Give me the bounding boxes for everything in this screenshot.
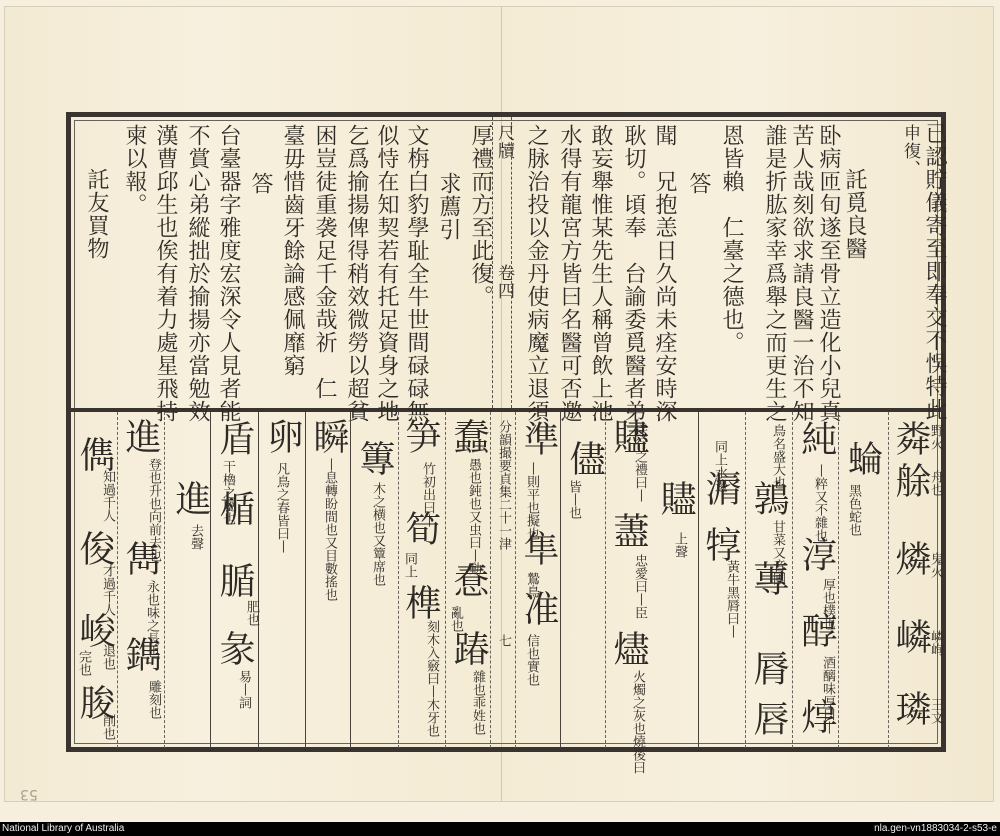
head-character: 踳 <box>448 630 488 667</box>
gloss: 愚也鈍也又虫曰丨動 <box>466 458 480 575</box>
text-column: 恩皆賴 仁臺之德也。 <box>717 124 745 354</box>
text-column: 之脉治投以金丹使病魔立退須 <box>522 124 550 423</box>
gloss: 甘菜又音團 <box>770 520 784 585</box>
gloss: 退也 <box>100 644 114 670</box>
gloss: 黃牛黑脣曰丨 <box>724 560 738 638</box>
footer-bar: National Library of Australia nla.gen-vn… <box>0 822 1000 836</box>
gloss: 雕刻也 <box>146 680 160 719</box>
lower-center-title: 分韻撮要貞集二十一津 <box>496 420 510 550</box>
gloss: 上聲 <box>672 532 686 558</box>
head-character: 純 <box>796 420 836 457</box>
head-character: 蜦 <box>842 440 882 477</box>
head-character: 惷 <box>448 562 488 599</box>
head-character: 燐 <box>890 540 930 577</box>
text-column: 柬以報。 <box>120 124 148 216</box>
section-heading: 託覓良醫 <box>840 168 868 260</box>
footer-source: National Library of Australia <box>2 822 124 836</box>
head-character: 醇 <box>796 612 836 649</box>
gloss: 皆丨也 <box>566 480 580 519</box>
column-rule <box>445 412 446 748</box>
head-character: 盾 <box>214 420 254 457</box>
text-column: 苦人哉刻欲求請良醫一治不知 <box>787 124 815 423</box>
head-character: 脣 <box>748 650 788 687</box>
gloss: 凡鳥之春皆曰丨 <box>274 462 288 553</box>
head-character: 焞 <box>796 698 836 735</box>
text-column: 臺毋惜齒牙餘論感佩靡窮 <box>278 124 306 377</box>
gloss: 嶙峋 <box>928 630 942 656</box>
gloss: 信也實也 <box>524 634 538 686</box>
text-column: 申復、 <box>900 124 920 178</box>
head-character: 准 <box>518 590 558 627</box>
column-rule <box>398 412 399 748</box>
head-character: 榫 <box>400 584 440 621</box>
head-character: 艅 <box>890 462 930 499</box>
head-character: 儁 <box>74 436 114 473</box>
head-character: 藎 <box>608 512 648 549</box>
column-rule <box>605 412 606 748</box>
text-column: 漢曹邱生也俟有着力處星飛持 <box>151 124 179 423</box>
column-rule <box>350 412 351 748</box>
lower-page-number: 七 <box>496 634 510 647</box>
head-character: 蠢 <box>448 418 488 455</box>
gloss: 去聲 <box>188 524 202 550</box>
head-character: 雋 <box>120 540 160 577</box>
head-character: 淳 <box>796 536 836 573</box>
column-rule <box>164 412 165 748</box>
text-column: 卧病匝旬遂至骨立造化小兒真 <box>814 124 842 423</box>
head-character: 儘 <box>564 440 604 477</box>
text-column: 耿切。頃奉 台諭委覓醫者弟不 <box>619 124 647 446</box>
footer-identifier: nla.gen-vn1883034-2-s53-e <box>874 822 997 836</box>
gloss: 肥也 <box>244 600 258 626</box>
text-column: 乞爲揄揚俾得稍效微勞以超貧 <box>342 124 370 423</box>
page-number-stamp: 53 <box>20 786 38 802</box>
gloss: 知過千人 <box>100 470 114 522</box>
head-character: 笋 <box>400 418 440 455</box>
text-column: 文栴白豹學耻全牛世間碌碌無 <box>402 124 430 423</box>
gloss: 雜也乖姓也 <box>470 670 484 735</box>
column-rule <box>745 412 746 748</box>
gloss: 舟也 <box>928 470 942 496</box>
column-rule <box>838 412 839 748</box>
gloss: 送行之禮曰丨 <box>632 424 646 502</box>
gloss: 丨粹又不雜也 <box>812 464 826 542</box>
text-column: 誰是折肱家幸爲舉之而更生之 <box>760 124 788 423</box>
column-rule <box>490 412 491 748</box>
text-column: 不賞心弟縱拙於揄揚亦當勉效 <box>183 124 211 423</box>
volume-label: 卷四 <box>494 264 514 300</box>
gloss: 易丨詞 <box>236 670 250 709</box>
section-heading: 託友買物 <box>82 168 110 260</box>
gloss: 忠愛曰丨臣 <box>632 554 646 619</box>
head-character: 準 <box>518 420 558 457</box>
text-column: 厚禮而方至此復。 <box>466 124 494 308</box>
gloss: 黑色蛇也 <box>846 484 860 536</box>
text-column: 已認貯儀寄至即奉交不悞特此 <box>920 122 948 421</box>
text-column: 敢妄舉惟某先生人稱曾飲上池 <box>586 124 614 423</box>
gloss: 鬼火 <box>928 552 942 578</box>
column-rule <box>792 412 793 748</box>
gloss: 王文 <box>928 698 942 724</box>
head-character: 鶉 <box>748 480 788 517</box>
column-rule <box>560 412 561 748</box>
gloss: 削也 <box>100 714 114 740</box>
text-column: 似恃在知契若有托足資身之地 <box>372 124 400 423</box>
column-rule <box>117 412 118 748</box>
section-heading: 答 <box>684 172 712 195</box>
head-character: 嶙 <box>890 618 930 655</box>
column-rule <box>258 412 259 748</box>
column-rule <box>515 412 516 748</box>
head-character: 粦 <box>890 420 930 457</box>
head-character: 楯 <box>214 490 254 527</box>
column-rule <box>210 412 211 748</box>
head-character: 彖 <box>214 630 254 667</box>
head-character: 犉 <box>700 526 740 563</box>
head-character: 贐 <box>655 480 695 517</box>
section-heading: 答 <box>246 172 274 195</box>
gloss: 野火 <box>928 424 942 450</box>
head-character: 燼 <box>608 630 648 667</box>
column-rule <box>888 412 889 748</box>
head-character: 璘 <box>890 690 930 727</box>
head-character: 唇 <box>748 700 788 737</box>
gloss: 亂也 <box>448 606 462 632</box>
head-character: 鐫 <box>120 636 160 673</box>
gloss: 木之横也又簟席也 <box>370 482 384 586</box>
gloss: 才過千人 <box>100 564 114 616</box>
head-character: 進 <box>120 418 160 455</box>
head-character: 俊 <box>74 530 114 567</box>
gloss: 火燭之灰也燒後曰 <box>630 670 644 774</box>
head-character: 卵 <box>262 418 302 455</box>
center-title: 尺牘 <box>494 124 514 160</box>
gloss: 同上 <box>402 552 416 578</box>
text-column: 台臺器字雅度宏深令人見者能 <box>214 124 242 423</box>
gloss: 丨則平也擬也 <box>524 462 538 540</box>
section-heading: 求薦引 <box>434 172 462 241</box>
head-character: 篿 <box>354 440 394 477</box>
column-rule <box>305 412 306 748</box>
head-character: 筍 <box>400 510 440 547</box>
gloss: 完也 <box>76 650 90 676</box>
head-character: 瞬 <box>308 418 348 455</box>
gloss: 丨息轉盼間也又目數搖也 <box>322 458 336 601</box>
gloss: 刻木入竅曰丨木牙也 <box>424 620 438 737</box>
head-character: 腯 <box>214 562 254 599</box>
text-column: 聞 兄抱恙日久尚未痊安時深 <box>650 124 678 423</box>
center-margin-column <box>492 117 512 408</box>
column-rule <box>698 412 699 748</box>
text-column: 水得有龍宮方皆曰名醫可否邀 <box>555 124 583 423</box>
head-character: 隼 <box>518 530 558 567</box>
head-character: 漘 <box>700 470 740 507</box>
text-column: 困豈徒重袭足千金哉祈 仁 <box>310 124 338 400</box>
head-character: 進 <box>170 480 210 517</box>
